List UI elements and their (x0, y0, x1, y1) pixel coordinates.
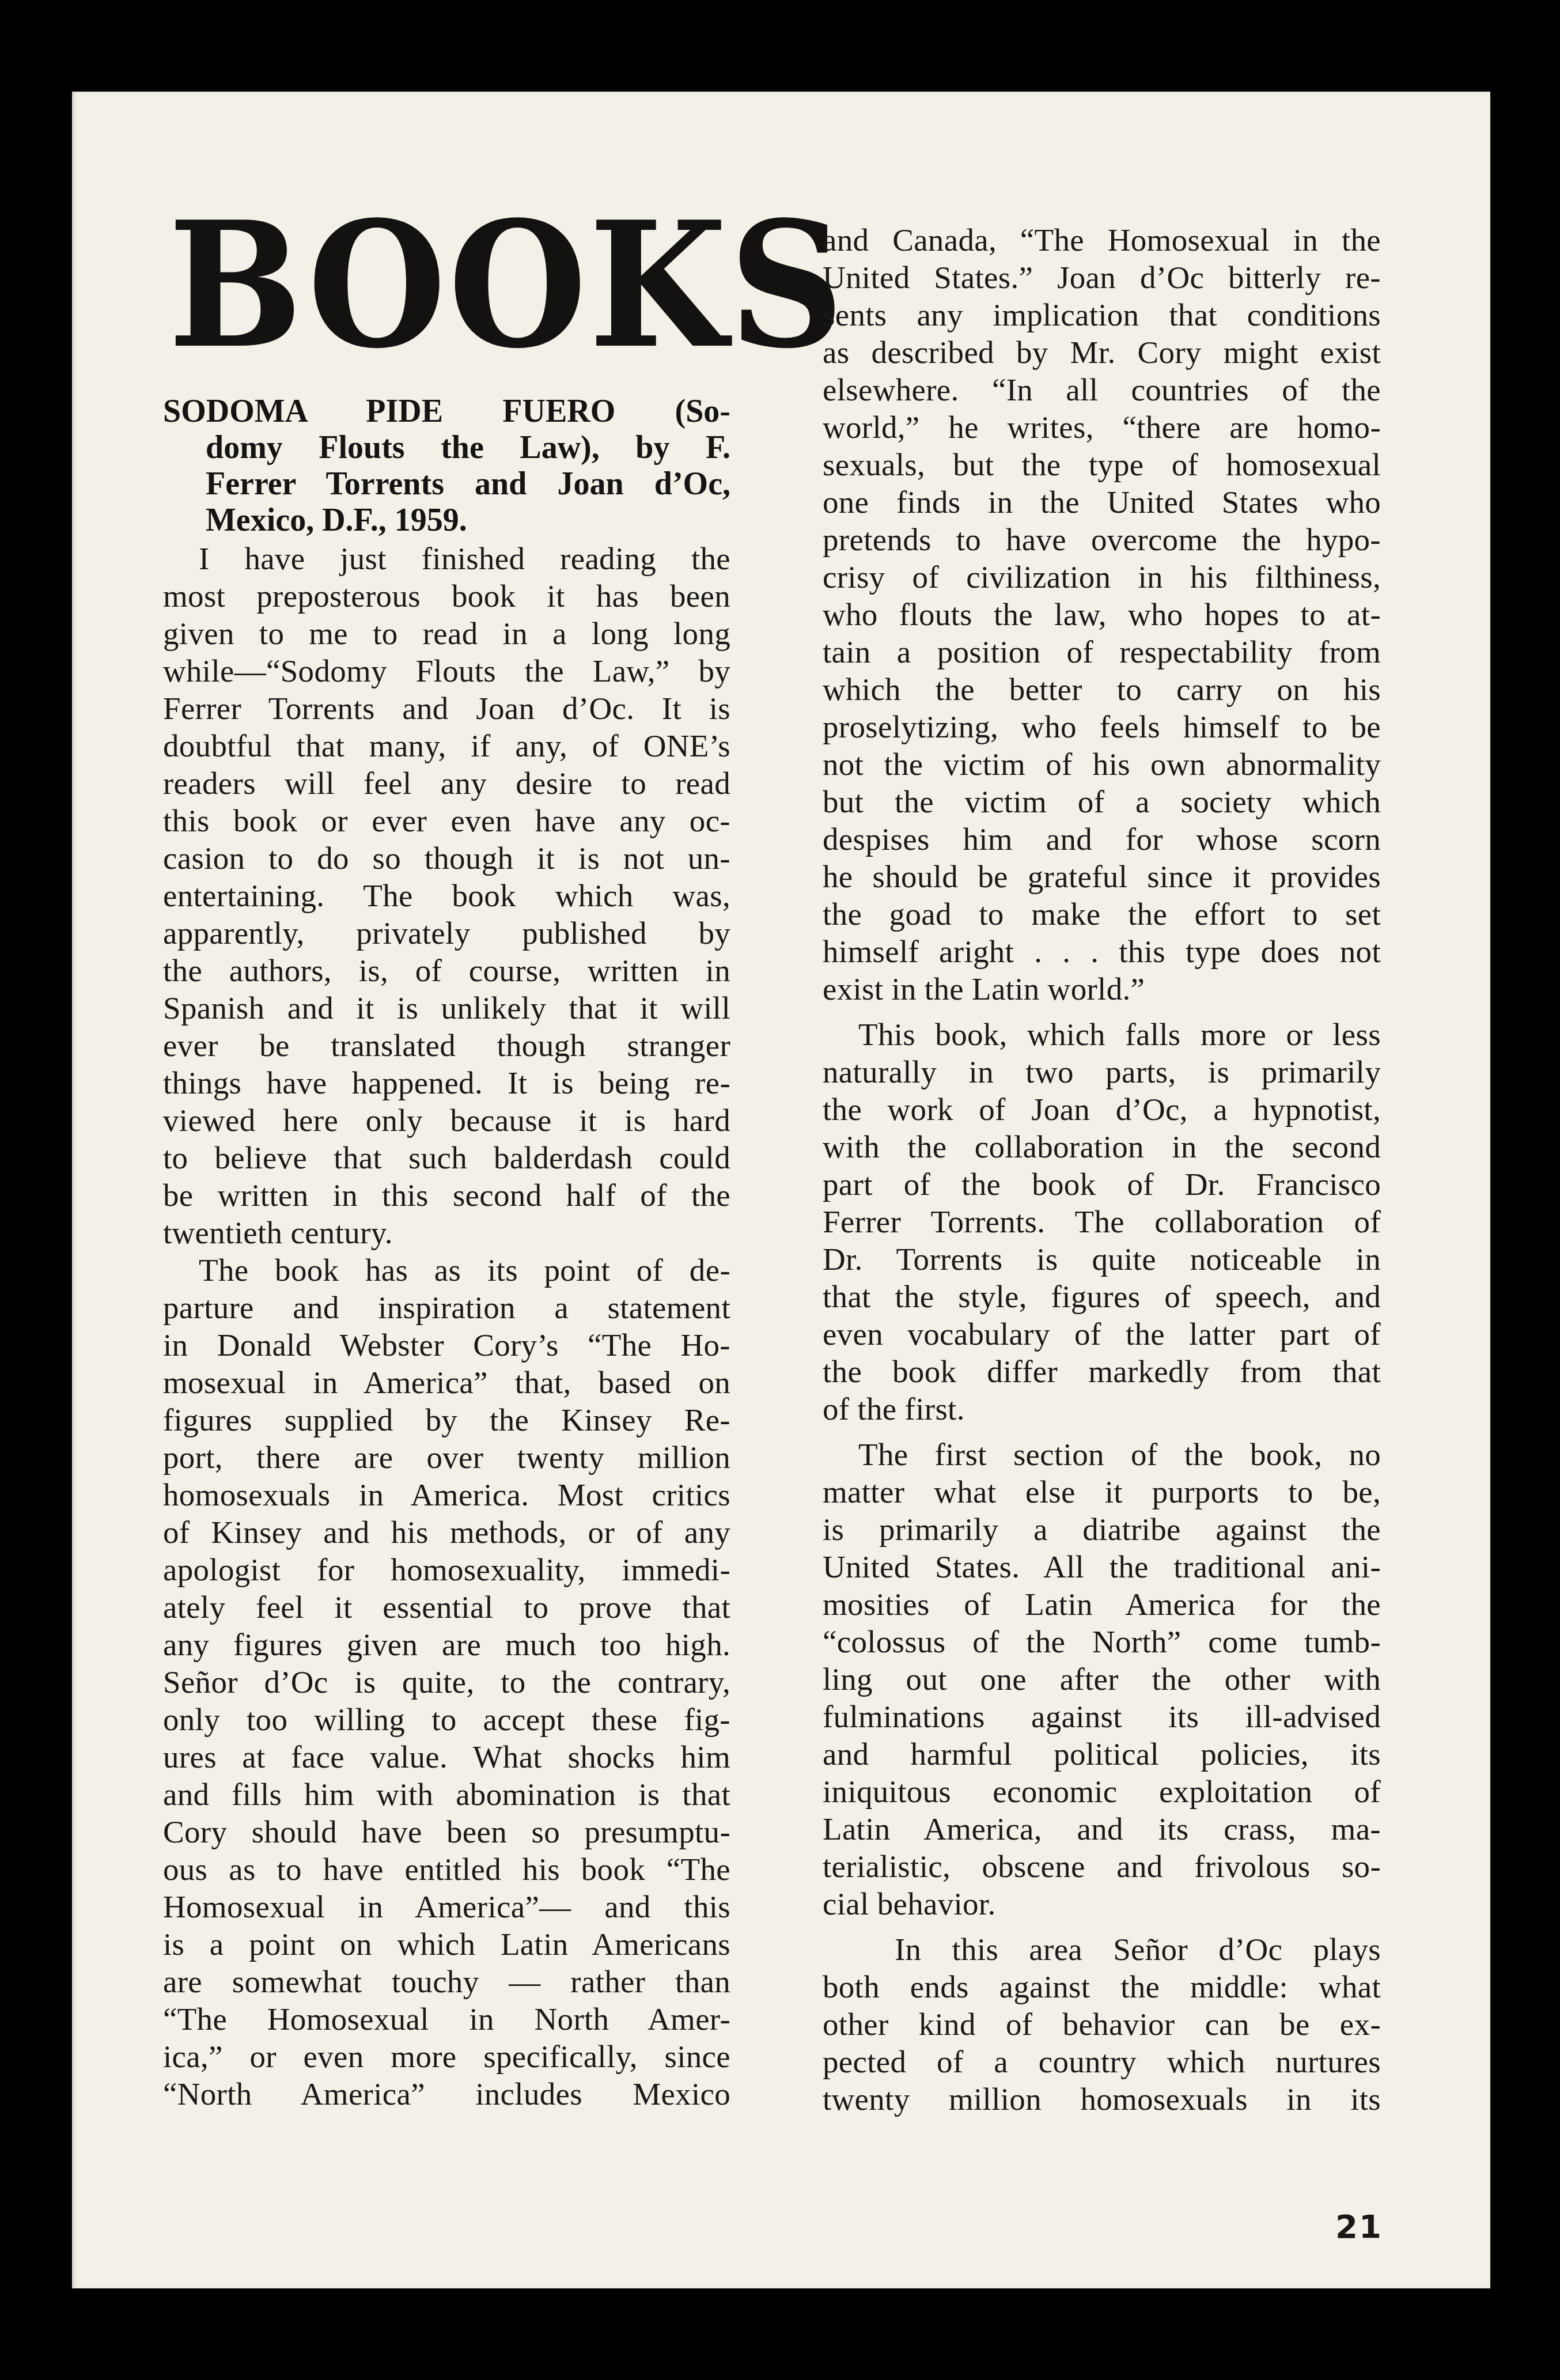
text-line: any figures given are much too high. (163, 1626, 730, 1663)
right-column: and Canada, “The Homosexual in the Unite… (823, 221, 1381, 2118)
text-line: sents any implication that conditions (823, 296, 1381, 334)
text-line: ica,” or even more specifically, since (163, 2038, 730, 2075)
text-line: himself aright . . . this type does not (823, 933, 1381, 970)
text-line: and harmful political policies, its (823, 1735, 1381, 1773)
text-line: world,” he writes, “there are homo- (823, 408, 1381, 446)
text-line: twentieth century. (163, 1214, 730, 1251)
paragraph-spacer (823, 1923, 1381, 1931)
text-line: I have just finished reading the (163, 540, 730, 577)
text-line: of Kinsey and his methods, or of any (163, 1513, 730, 1551)
text-line: casion to do so though it is not un- (163, 839, 730, 877)
text-line: readers will feel any desire to read (163, 765, 730, 802)
text-line: most preposterous book it has been (163, 577, 730, 615)
text-line: pected of a country which nurtures (823, 2043, 1381, 2080)
text-line: the goad to make the effort to set (823, 895, 1381, 933)
text-line: terialistic, obscene and frivolous so- (823, 1848, 1381, 1885)
text-line: not the victim of his own abnormality (823, 746, 1381, 783)
text-line: Ferrer Torrents. The collaboration of (823, 1203, 1381, 1240)
text-line: to believe that such balderdash could (163, 1139, 730, 1176)
text-line: pretends to have overcome the hypo- (823, 521, 1381, 558)
text-line: exist in the Latin world.” (823, 970, 1381, 1008)
text-line: other kind of behavior can be ex- (823, 2006, 1381, 2043)
text-line: of the first. (823, 1390, 1381, 1428)
text-line: tain a position of respectability from (823, 633, 1381, 671)
text-line: cial behavior. (823, 1885, 1381, 1923)
text-line: ling out one after the other with (823, 1660, 1381, 1698)
headline-line: Ferrer Torrents and Joan d’Oc, (163, 466, 730, 502)
text-line: “colossus of the North” come tumb- (823, 1623, 1381, 1660)
text-line: elsewhere. “In all countries of the (823, 371, 1381, 408)
text-line: fulminations against its ill-advised (823, 1698, 1381, 1735)
text-line: despises him and for whose scorn (823, 820, 1381, 858)
text-line: while—“Sodomy Flouts the Law,” by (163, 652, 730, 690)
paragraph-continued: and Canada, “The Homosexual in the Unite… (823, 221, 1381, 1008)
text-line: one finds in the United States who (823, 483, 1381, 521)
text-line: even vocabulary of the latter part of (823, 1315, 1381, 1353)
text-line: sexuals, but the type of homosexual (823, 446, 1381, 483)
text-line: this book or ever even have any oc- (163, 802, 730, 839)
text-line: only too willing to accept these fig- (163, 1701, 730, 1738)
text-line: “The Homosexual in North Amer- (163, 2000, 730, 2038)
text-line: Ferrer Torrents and Joan d’Oc. It is (163, 690, 730, 727)
text-line: the book differ markedly from that (823, 1353, 1381, 1390)
text-line: the work of Joan d’Oc, a hypnotist, (823, 1091, 1381, 1128)
text-line: In this area Señor d’Oc plays (823, 1931, 1381, 1968)
text-line: both ends against the middle: what (823, 1968, 1381, 2006)
text-line: and fills him with abomination is that (163, 1776, 730, 1813)
text-line: apologist for homosexuality, immedi- (163, 1551, 730, 1588)
text-line: be written in this second half of the (163, 1176, 730, 1214)
text-line: mosities of Latin America for the (823, 1586, 1381, 1623)
text-line: Spanish and it is unlikely that it will (163, 989, 730, 1027)
headline-line: domy Flouts the Law), by F. (163, 430, 730, 466)
paragraph: In this area Señor d’Oc plays both ends … (823, 1931, 1381, 2118)
text-line: Cory should have been so presumptu- (163, 1813, 730, 1851)
text-line: he should be grateful since it provides (823, 858, 1381, 895)
text-line: things have happened. It is being re- (163, 1064, 730, 1102)
text-line: Homosexual in America”— and this (163, 1888, 730, 1925)
text-line: and Canada, “The Homosexual in the (823, 221, 1381, 259)
text-line: United States. All the traditional ani- (823, 1548, 1381, 1586)
text-line: entertaining. The book which was, (163, 877, 730, 914)
text-line: with the collaboration in the second (823, 1128, 1381, 1166)
text-line: ous as to have entitled his book “The (163, 1851, 730, 1888)
paragraph: This book, which falls more or less natu… (823, 1016, 1381, 1428)
text-line: figures supplied by the Kinsey Re- (163, 1401, 730, 1439)
section-heading: BOOKS (168, 190, 688, 380)
text-line: ures at face value. What shocks him (163, 1738, 730, 1776)
text-line: The book has as its point of de- (163, 1251, 730, 1289)
paragraph: I have just finished reading the most pr… (163, 540, 730, 1251)
text-line: ately feel it essential to prove that (163, 1588, 730, 1626)
text-line: part of the book of Dr. Francisco (823, 1166, 1381, 1203)
text-line: proselytizing, who feels himself to be (823, 708, 1381, 746)
page-number: 21 (1335, 2210, 1383, 2245)
text-line: as described by Mr. Cory might exist (823, 334, 1381, 371)
text-line: are somewhat touchy — rather than (163, 1963, 730, 2000)
text-line: Dr. Torrents is quite noticeable in (823, 1240, 1381, 1278)
text-line: This book, which falls more or less (823, 1016, 1381, 1053)
text-line: is a point on which Latin Americans (163, 1925, 730, 1963)
review-headline: SODOMA PIDE FUERO (So- domy Flouts the L… (163, 393, 730, 539)
text-line: doubtful that many, if any, of ONE’s (163, 727, 730, 765)
text-line: iniquitous economic exploitation of (823, 1773, 1381, 1810)
text-line: Latin America, and its crass, ma- (823, 1810, 1381, 1848)
text-line: crisy of civilization in his filthiness, (823, 558, 1381, 596)
text-line: is primarily a diatribe against the (823, 1511, 1381, 1548)
text-line: in Donald Webster Cory’s “The Ho- (163, 1326, 730, 1364)
text-line: which the better to carry on his (823, 671, 1381, 708)
text-line: homosexuals in America. Most critics (163, 1476, 730, 1513)
text-line: but the victim of a society which (823, 783, 1381, 820)
text-line: the authors, is, of course, written in (163, 952, 730, 989)
text-line: who flouts the law, who hopes to at- (823, 596, 1381, 633)
paragraph-spacer (823, 1008, 1381, 1016)
headline-line: SODOMA PIDE FUERO (So- (163, 393, 730, 430)
text-line: United States.” Joan d’Oc bitterly re- (823, 259, 1381, 296)
headline-line: Mexico, D.F., 1959. (163, 502, 730, 539)
text-line: The first section of the book, no (823, 1436, 1381, 1473)
text-line: port, there are over twenty million (163, 1439, 730, 1476)
text-line: Señor d’Oc is quite, to the contrary, (163, 1663, 730, 1701)
paragraph-spacer (823, 1428, 1381, 1436)
text-line: given to me to read in a long long (163, 615, 730, 652)
text-line: mosexual in America” that, based on (163, 1364, 730, 1401)
paragraph: The book has as its point of de- parture… (163, 1251, 730, 2113)
text-line: parture and inspiration a statement (163, 1289, 730, 1326)
text-line: naturally in two parts, is primarily (823, 1053, 1381, 1091)
text-line: “North America” includes Mexico (163, 2075, 730, 2113)
text-line: apparently, privately published by (163, 914, 730, 952)
text-line: ever be translated though stranger (163, 1027, 730, 1064)
text-line: that the style, figures of speech, and (823, 1278, 1381, 1315)
text-line: viewed here only because it is hard (163, 1102, 730, 1139)
paragraph: The first section of the book, no matter… (823, 1436, 1381, 1923)
left-column: I have just finished reading the most pr… (163, 540, 730, 2113)
text-line: twenty million homosexuals in its (823, 2080, 1381, 2118)
text-line: matter what else it purports to be, (823, 1473, 1381, 1511)
